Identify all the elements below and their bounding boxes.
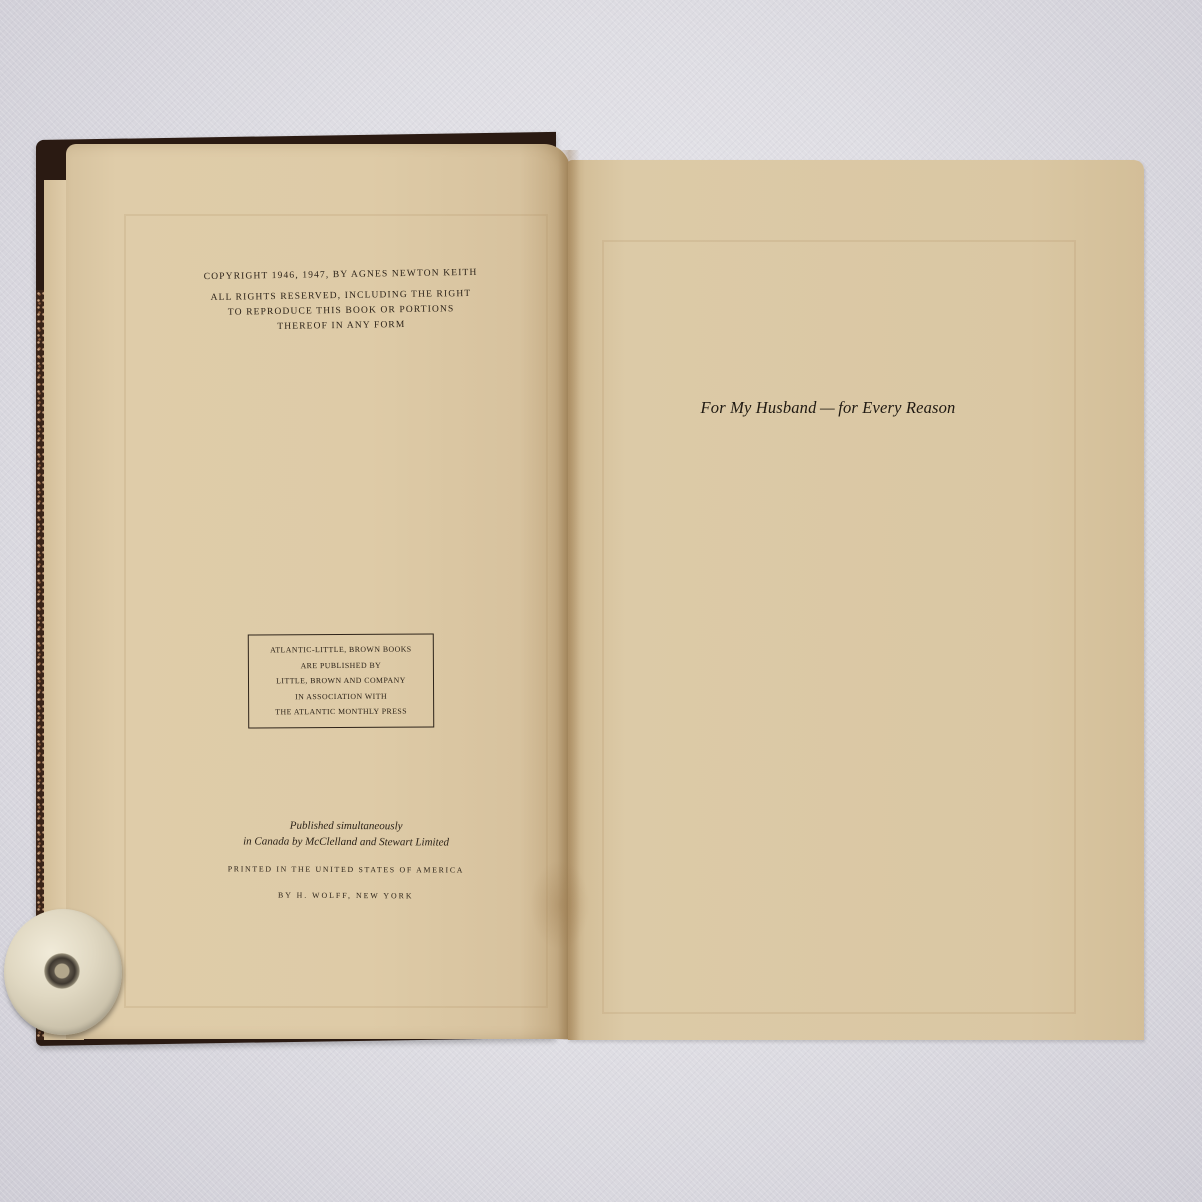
printed-line: PRINTED IN THE UNITED STATES OF AMERICA xyxy=(206,861,486,878)
publisher-box: ATLANTIC-LITTLE, BROWN BOOKS ARE PUBLISH… xyxy=(248,634,434,729)
publisher-line: ATLANTIC-LITTLE, BROWN BOOKS xyxy=(249,642,433,658)
publisher-line: IN ASSOCIATION WITH xyxy=(249,688,433,704)
copyright-notice: Copyright 1946, 1947, by Agnes Newton Ke… xyxy=(195,266,486,337)
metal-disc xyxy=(4,909,122,1035)
printer-line: BY H. WOLFF, NEW YORK xyxy=(206,887,486,904)
page-stain xyxy=(530,860,590,950)
dedication-page xyxy=(568,160,1144,1040)
publisher-line: ARE PUBLISHED BY xyxy=(249,657,433,673)
dedication-text: For My Husband — for Every Reason xyxy=(668,398,988,418)
copyright-line: Copyright 1946, 1947, by Agnes Newton Ke… xyxy=(195,266,485,286)
page-discoloration-frame xyxy=(602,240,1076,1014)
published-line: in Canada by McClelland and Stewart Limi… xyxy=(206,833,486,850)
disc-hole xyxy=(44,953,80,989)
imprint: Published simultaneously in Canada by Mc… xyxy=(206,817,486,904)
published-line: Published simultaneously xyxy=(206,817,486,834)
publisher-line: THE ATLANTIC MONTHLY PRESS xyxy=(249,704,433,720)
publisher-line: LITTLE, BROWN AND COMPANY xyxy=(249,673,433,689)
